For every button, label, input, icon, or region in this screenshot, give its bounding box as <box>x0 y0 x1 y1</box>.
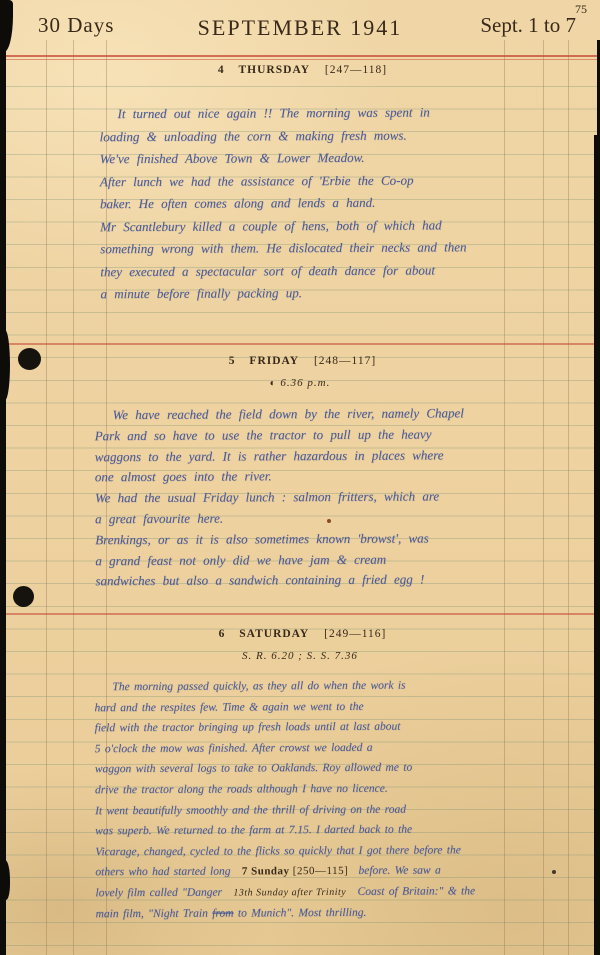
moon-phase-icon: ◐ <box>270 378 277 389</box>
day-count-reference: [247—118] <box>325 64 387 76</box>
scan-edge-right <box>594 135 600 955</box>
sunday-after-trinity-label: 13th Sunday after Trinity <box>233 887 346 899</box>
day-number: 5 <box>229 355 236 367</box>
diary-line: We have reached the field down by the ri… <box>95 403 570 426</box>
day-name: THURSDAY <box>239 64 310 76</box>
diary-line: one almost goes into the river. <box>95 465 570 488</box>
crossed-out-word: from <box>212 907 233 919</box>
diary-line: It went beautifully smoothly and the thr… <box>95 798 575 821</box>
diary-line: We had the usual Friday lunch : salmon f… <box>95 486 570 509</box>
day-number: 7 <box>242 866 248 878</box>
diary-line: After lunch we had the assistance of 'Er… <box>100 168 570 193</box>
diary-line: main film, "Night Train from to Munich".… <box>96 901 576 924</box>
diary-line: was superb. We returned to the farm at 7… <box>95 819 575 842</box>
diary-entry-saturday: The morning passed quickly, as they all … <box>94 675 575 925</box>
scan-edge-left <box>0 0 13 52</box>
diary-line: It turned out nice again !! The morning … <box>99 101 569 126</box>
diary-line: a grand feast not only did we have jam &… <box>95 548 570 571</box>
diary-line: Mr Scantlebury killed a couple of hens, … <box>100 213 570 238</box>
diary-entry-thursday: It turned out nice again !! The morning … <box>99 101 570 306</box>
diary-line: 5 o'clock the mow was finished. After cr… <box>95 737 575 760</box>
diary-line: waggon with several logs to take to Oakl… <box>95 757 575 780</box>
entry-header-thursday: 4 THURSDAY [247—118] <box>0 64 600 76</box>
day-count-reference: [248—117] <box>314 355 376 367</box>
moon-phase-note: ◐ 6.36 p.m. <box>0 377 600 389</box>
entry-header-sunday: 7 Sunday [250—115] <box>242 865 352 878</box>
diary-line: baker. He often comes along and lends a … <box>100 191 570 216</box>
diary-line: sandwiches but also a sandwich containin… <box>95 569 570 592</box>
diary-line-text: main film, "Night Train <box>96 907 208 920</box>
diary-line-text: before. We saw a <box>358 865 440 877</box>
diary-line: We've finished Above Town & Lower Meadow… <box>100 146 570 171</box>
entry-header-friday: 5 FRIDAY [248—117] <box>0 355 600 367</box>
day-name: FRIDAY <box>249 355 299 367</box>
diary-line: something wrong with them. He dislocated… <box>100 236 570 261</box>
scan-edge-left <box>0 860 10 900</box>
diary-line: lovely film called "Danger 13th Sunday a… <box>95 881 575 904</box>
day-number: 6 <box>219 628 226 640</box>
entry-header-saturday: 6 SATURDAY [249—116] <box>0 628 600 640</box>
header-divider-line <box>0 55 600 57</box>
scan-edge-left <box>0 330 10 400</box>
diary-line: a great favourite here. <box>95 507 570 530</box>
diary-line-text: Coast of Britain:" & the <box>358 885 476 898</box>
day-count-reference: [250—115] <box>293 865 348 877</box>
diary-line: waggons to the yard. It is rather hazard… <box>95 444 570 467</box>
diary-line-text: lovely film called "Danger <box>95 887 222 900</box>
day-number: 4 <box>218 64 225 76</box>
margin-line <box>46 40 47 955</box>
day-name: Sunday <box>251 866 290 878</box>
ink-speck <box>327 519 331 523</box>
section-divider-line <box>0 613 600 615</box>
diary-line: drive the tractor along the roads althou… <box>95 778 575 801</box>
sunrise-sunset-times: S. R. 6.20 ; S. S. 7.36 <box>0 650 600 662</box>
diary-line: others who had started long 7 Sunday [25… <box>95 860 575 883</box>
day-count-reference: [249—116] <box>324 628 386 640</box>
moon-phase-time: 6.36 p.m. <box>280 377 330 389</box>
diary-line: The morning passed quickly, as they all … <box>94 675 574 698</box>
diary-line: Park and so have to use the tractor to p… <box>95 424 570 447</box>
hole-punch <box>13 586 34 607</box>
scan-edge-left <box>0 0 6 955</box>
margin-line <box>73 40 74 955</box>
diary-line: Vicarage, changed, cycled to the flicks … <box>95 839 575 862</box>
section-divider-line <box>0 343 600 345</box>
diary-line: they executed a spectacular sort of deat… <box>100 258 570 283</box>
hole-punch <box>18 348 41 370</box>
ink-speck <box>552 870 556 874</box>
diary-line: field with the tractor bringing up fresh… <box>95 716 575 739</box>
header-divider-line <box>0 59 600 60</box>
diary-line: loading & unloading the corn & making fr… <box>100 123 570 148</box>
diary-line-text: to Munich". Most thrilling. <box>238 906 367 919</box>
diary-line-text: others who had started long <box>95 866 230 879</box>
diary-page: 75 30 Days SEPTEMBER 1941 Sept. 1 to 7 4… <box>0 0 600 955</box>
diary-line: hard and the respites few. Time & again … <box>94 695 574 718</box>
diary-line: Brenkings, or as it is also sometimes kn… <box>95 528 570 551</box>
day-name: SATURDAY <box>239 628 309 640</box>
diary-entry-friday: We have reached the field down by the ri… <box>95 403 571 593</box>
diary-line: a minute before finally packing up. <box>100 281 570 306</box>
week-date-range: Sept. 1 to 7 <box>480 13 576 38</box>
